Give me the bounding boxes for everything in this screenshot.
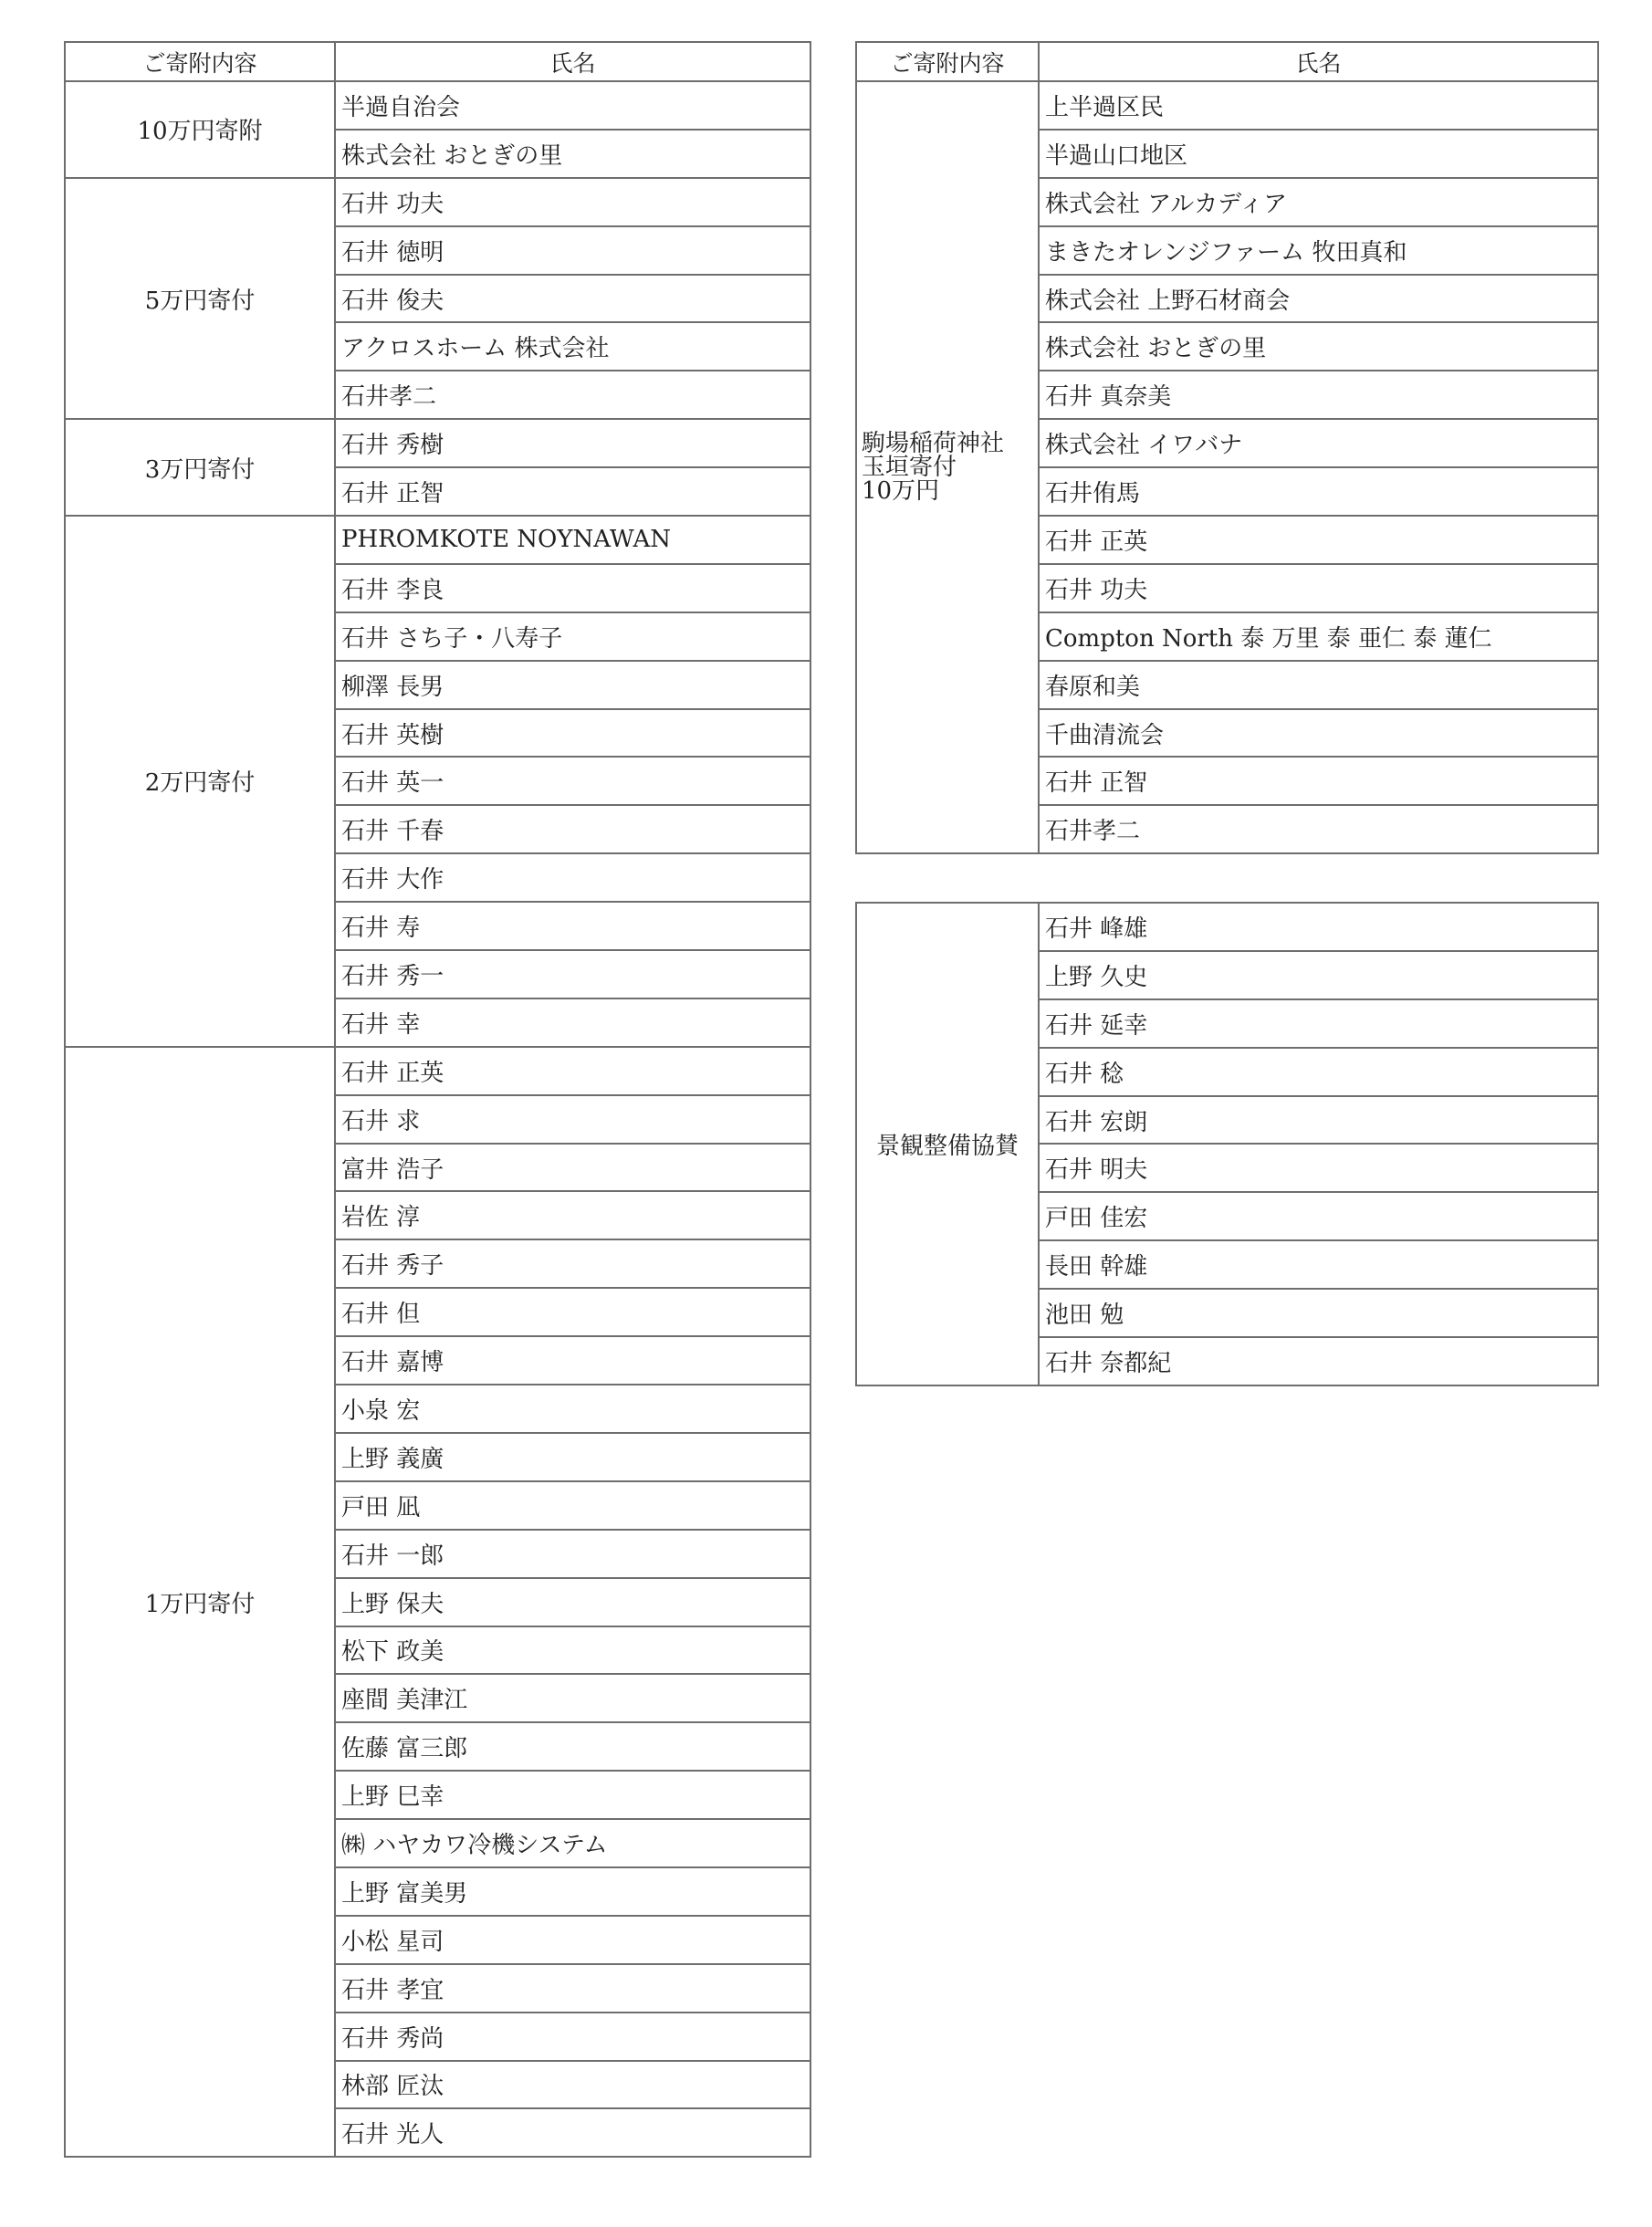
header-category: ご寄附内容 — [856, 42, 1039, 81]
donor-name: Compton North 泰 万里 泰 亜仁 泰 蓮仁 — [1039, 612, 1598, 661]
donor-name: 株式会社 おとぎの里 — [335, 130, 810, 178]
donor-name: 戸田 佳宏 — [1039, 1192, 1598, 1240]
donor-name: 小松 星司 — [335, 1916, 810, 1964]
donor-name: 岩佐 淳 — [335, 1191, 810, 1239]
donor-name: 半過自治会 — [335, 81, 810, 130]
donor-name: 石井 寿 — [335, 902, 810, 950]
donor-name: 石井 正智 — [335, 467, 810, 516]
donor-name: 石井孝二 — [335, 371, 810, 419]
donor-name: 石井 千春 — [335, 805, 810, 853]
donor-name: 株式会社 イワバナ — [1039, 419, 1598, 467]
left-table-body: 10万円寄附半過自治会株式会社 おとぎの里5万円寄付石井 功夫石井 徳明石井 俊… — [65, 81, 810, 2157]
donor-name: 石井 正英 — [1039, 516, 1598, 564]
header-name: 氏名 — [1039, 42, 1598, 81]
donor-name: 長田 幹雄 — [1039, 1240, 1598, 1289]
donor-name: 上野 保夫 — [335, 1578, 810, 1626]
donor-name: 富井 浩子 — [335, 1144, 810, 1192]
donor-name: 石井 光人 — [335, 2108, 810, 2157]
donor-name: 柳澤 長男 — [335, 661, 810, 709]
donor-name: 石井 延幸 — [1039, 999, 1598, 1048]
donor-name: 石井 李良 — [335, 564, 810, 612]
donor-name: 春原和美 — [1039, 661, 1598, 709]
category-line: 玉垣寄付 — [862, 455, 1038, 479]
donor-name: 石井 英樹 — [335, 709, 810, 758]
donor-name: PHROMKOTE NOYNAWAN — [335, 516, 810, 564]
table-row: 1万円寄付石井 正英 — [65, 1047, 810, 1095]
table-row: 景観整備協賛石井 峰雄 — [856, 903, 1598, 951]
donor-name: 石井侑馬 — [1039, 467, 1598, 516]
donor-name: 石井 嘉博 — [335, 1336, 810, 1385]
donor-name: 石井 功夫 — [335, 178, 810, 226]
donor-name: 石井 幸 — [335, 998, 810, 1047]
donor-name: 戸田 凪 — [335, 1481, 810, 1530]
donor-name: 石井 真奈美 — [1039, 371, 1598, 419]
donor-name: 石井 求 — [335, 1095, 810, 1144]
donor-name: 石井 正智 — [1039, 757, 1598, 805]
donor-name: 池田 勉 — [1039, 1289, 1598, 1337]
donation-category: 3万円寄付 — [65, 419, 335, 516]
header-name: 氏名 — [335, 42, 810, 81]
header-row: ご寄附内容 氏名 — [65, 42, 810, 81]
donor-name: まきたオレンジファーム 牧田真和 — [1039, 226, 1598, 275]
donor-name: 石井 徳明 — [335, 226, 810, 275]
donation-category: 10万円寄附 — [65, 81, 335, 178]
donor-name: 石井 さち子・八寿子 — [335, 612, 810, 661]
donor-name: 千曲清流会 — [1039, 709, 1598, 758]
donor-name: 石井 稔 — [1039, 1048, 1598, 1096]
donor-name: 石井 功夫 — [1039, 564, 1598, 612]
donation-category: 景観整備協賛 — [856, 903, 1039, 1385]
donation-table-left: ご寄附内容 氏名 10万円寄附半過自治会株式会社 おとぎの里5万円寄付石井 功夫… — [64, 41, 811, 2158]
donor-name: 石井 孝宜 — [335, 1964, 810, 2013]
donor-name: 座間 美津江 — [335, 1674, 810, 1722]
donor-name: 上野 巳幸 — [335, 1771, 810, 1819]
donor-name: 佐藤 富三郎 — [335, 1722, 810, 1771]
header-category: ご寄附内容 — [65, 42, 335, 81]
table-row: 10万円寄附半過自治会 — [65, 81, 810, 130]
donor-name: 半過山口地区 — [1039, 130, 1598, 178]
donor-name: 上半過区民 — [1039, 81, 1598, 130]
category-line: 10万円 — [862, 479, 1038, 503]
shrine-table-body: 駒場稲荷神社玉垣寄付10万円上半過区民半過山口地区株式会社 アルカディアまきたオ… — [856, 81, 1598, 853]
donor-name: 石井 一郎 — [335, 1530, 810, 1578]
table-row: 3万円寄付石井 秀樹 — [65, 419, 810, 467]
donor-name: 株式会社 上野石材商会 — [1039, 275, 1598, 323]
donor-name: 石井 秀尚 — [335, 2013, 810, 2061]
donor-name: 石井 秀子 — [335, 1239, 810, 1288]
donor-name: 上野 久史 — [1039, 951, 1598, 999]
donor-name: 石井 峰雄 — [1039, 903, 1598, 951]
donor-name: 上野 富美男 — [335, 1867, 810, 1916]
donation-category: 5万円寄付 — [65, 178, 335, 419]
donation-table-landscape: 景観整備協賛石井 峰雄上野 久史石井 延幸石井 稔石井 宏朗石井 明夫戸田 佳宏… — [855, 902, 1599, 1386]
donor-name: 石井 英一 — [335, 757, 810, 805]
donor-name: アクロスホーム 株式会社 — [335, 322, 810, 371]
donation-table-shrine: ご寄附内容 氏名 駒場稲荷神社玉垣寄付10万円上半過区民半過山口地区株式会社 ア… — [855, 41, 1599, 854]
donor-name: 石井 奈都紀 — [1039, 1337, 1598, 1385]
donor-name: 株式会社 おとぎの里 — [1039, 322, 1598, 371]
donor-name: 小泉 宏 — [335, 1385, 810, 1433]
donor-name: 石井 秀一 — [335, 950, 810, 998]
header-row: ご寄附内容 氏名 — [856, 42, 1598, 81]
table-row: 駒場稲荷神社玉垣寄付10万円上半過区民 — [856, 81, 1598, 130]
category-line: 駒場稲荷神社 — [862, 432, 1038, 455]
donor-name: ㈱ ハヤカワ冷機システム — [335, 1819, 810, 1867]
donor-name: 林部 匠汰 — [335, 2061, 810, 2109]
table-row: 2万円寄付PHROMKOTE NOYNAWAN — [65, 516, 810, 564]
donation-category: 1万円寄付 — [65, 1047, 335, 2157]
donation-category: 駒場稲荷神社玉垣寄付10万円 — [856, 81, 1039, 853]
landscape-table-body: 景観整備協賛石井 峰雄上野 久史石井 延幸石井 稔石井 宏朗石井 明夫戸田 佳宏… — [856, 903, 1598, 1385]
donor-name: 石井 正英 — [335, 1047, 810, 1095]
donor-name: 松下 政美 — [335, 1626, 810, 1675]
donor-name: 石井 大作 — [335, 853, 810, 902]
donor-name: 上野 義廣 — [335, 1433, 810, 1481]
table-row: 5万円寄付石井 功夫 — [65, 178, 810, 226]
donor-name: 石井 但 — [335, 1288, 810, 1336]
donor-name: 石井 宏朗 — [1039, 1096, 1598, 1145]
donor-name: 石井孝二 — [1039, 805, 1598, 853]
donor-name: 石井 明夫 — [1039, 1144, 1598, 1192]
donor-name: 株式会社 アルカディア — [1039, 178, 1598, 226]
donation-category: 2万円寄付 — [65, 516, 335, 1047]
donor-name: 石井 俊夫 — [335, 275, 810, 323]
donor-name: 石井 秀樹 — [335, 419, 810, 467]
